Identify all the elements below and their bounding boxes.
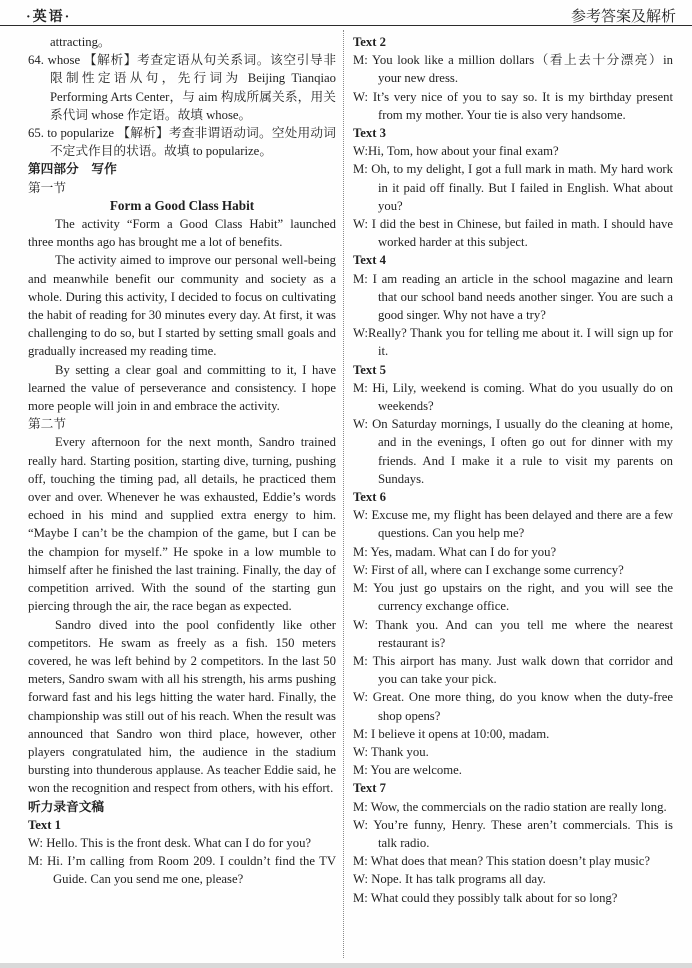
dialogue-line: W: Great. One more thing, do you know wh… [353,688,673,724]
dialogue-line: M: You look like a million dollars（看上去十分… [353,51,673,87]
essay1-paragraph: The activity aimed to improve our person… [28,251,336,360]
dialogue-line: M: Oh, to my delight, I got a full mark … [353,160,673,215]
section2-label: 第二节 [28,415,336,433]
page-bottom-edge [0,963,692,968]
dialogue-line: M: Hi, Lily, weekend is coming. What do … [353,379,673,415]
text5-label: Text 5 [353,361,673,379]
essay2-paragraph: Sandro dived into the pool confidently l… [28,616,336,798]
dialogue-line: W: On Saturday mornings, I usually do th… [353,415,673,488]
dialogue-line: W: Nope. It has talk programs all day. [353,870,673,888]
text1-label: Text 1 [28,816,336,834]
dialogue-line: W: Excuse me, my flight has been delayed… [353,506,673,542]
essay1-paragraph: The activity “Form a Good Class Habit” l… [28,215,336,251]
dialogue-line: M: You are welcome. [353,761,673,779]
section1-label: 第一节 [28,179,336,197]
dialogue-line: M: I am reading an article in the school… [353,270,673,325]
header-rule [0,25,692,26]
dialogue-line: M: What does that mean? This station doe… [353,852,673,870]
dialogue-line: M: What could they possibly talk about f… [353,889,673,907]
listening-heading: 听力录音文稿 [28,798,336,816]
header-page-title: 参考答案及解析 [571,5,676,26]
essay1-title: Form a Good Class Habit [28,197,336,215]
item-number: 65. [28,126,44,140]
dialogue-line: W: Thank you. And can you tell me where … [353,616,673,652]
text3-label: Text 3 [353,124,673,142]
dialogue-line: M: You just go upstairs on the right, an… [353,579,673,615]
dialogue-line: M: Hi. I’m calling from Room 209. I coul… [28,852,336,888]
text4-label: Text 4 [353,251,673,269]
text7-label: Text 7 [353,779,673,797]
dialogue-line: W: I did the best in Chinese, but failed… [353,215,673,251]
dialogue-line: M: Wow, the commercials on the radio sta… [353,798,673,816]
dialogue-line: W: It’s very nice of you to say so. It i… [353,88,673,124]
dialogue-line: M: This airport has many. Just walk down… [353,652,673,688]
essay2-paragraph: Every afternoon for the next month, Sand… [28,433,336,615]
carryover-line: attracting。 [28,33,336,51]
part4-heading: 第四部分 写作 [28,160,336,178]
text2-label: Text 2 [353,33,673,51]
answer-item-65: 65. to popularize 【解析】考查非谓语动词。空处用动词不定式作目… [28,124,336,160]
essay1-paragraph: By setting a clear goal and committing t… [28,361,336,416]
item-text: whose 【解析】考查定语从句关系词。该空引导非限制性定语从句，先行词为 Be… [48,53,336,122]
item-text: to popularize 【解析】考查非谓语动词。空处用动词不定式作目的状语。… [47,126,336,158]
header-subject-title: ·英语· [26,6,71,26]
text6-label: Text 6 [353,488,673,506]
column-divider [343,30,344,958]
dialogue-line: W:Really? Thank you for telling me about… [353,324,673,360]
dialogue-line: W: First of all, where can I exchange so… [353,561,673,579]
dialogue-line: W: You’re funny, Henry. These aren’t com… [353,816,673,852]
dialogue-line: M: Yes, madam. What can I do for you? [353,543,673,561]
left-column: attracting。 64. whose 【解析】考查定语从句关系词。该空引导… [28,33,336,889]
dialogue-line: M: I believe it opens at 10:00, madam. [353,725,673,743]
dialogue-line: W: Hello. This is the front desk. What c… [28,834,336,852]
answer-item-64: 64. whose 【解析】考查定语从句关系词。该空引导非限制性定语从句，先行词… [28,51,336,124]
right-column: Text 2 M: You look like a million dollar… [353,33,673,907]
item-number: 64. [28,53,44,67]
dialogue-line: W: Thank you. [353,743,673,761]
dialogue-line: W:Hi, Tom, how about your final exam? [353,142,673,160]
